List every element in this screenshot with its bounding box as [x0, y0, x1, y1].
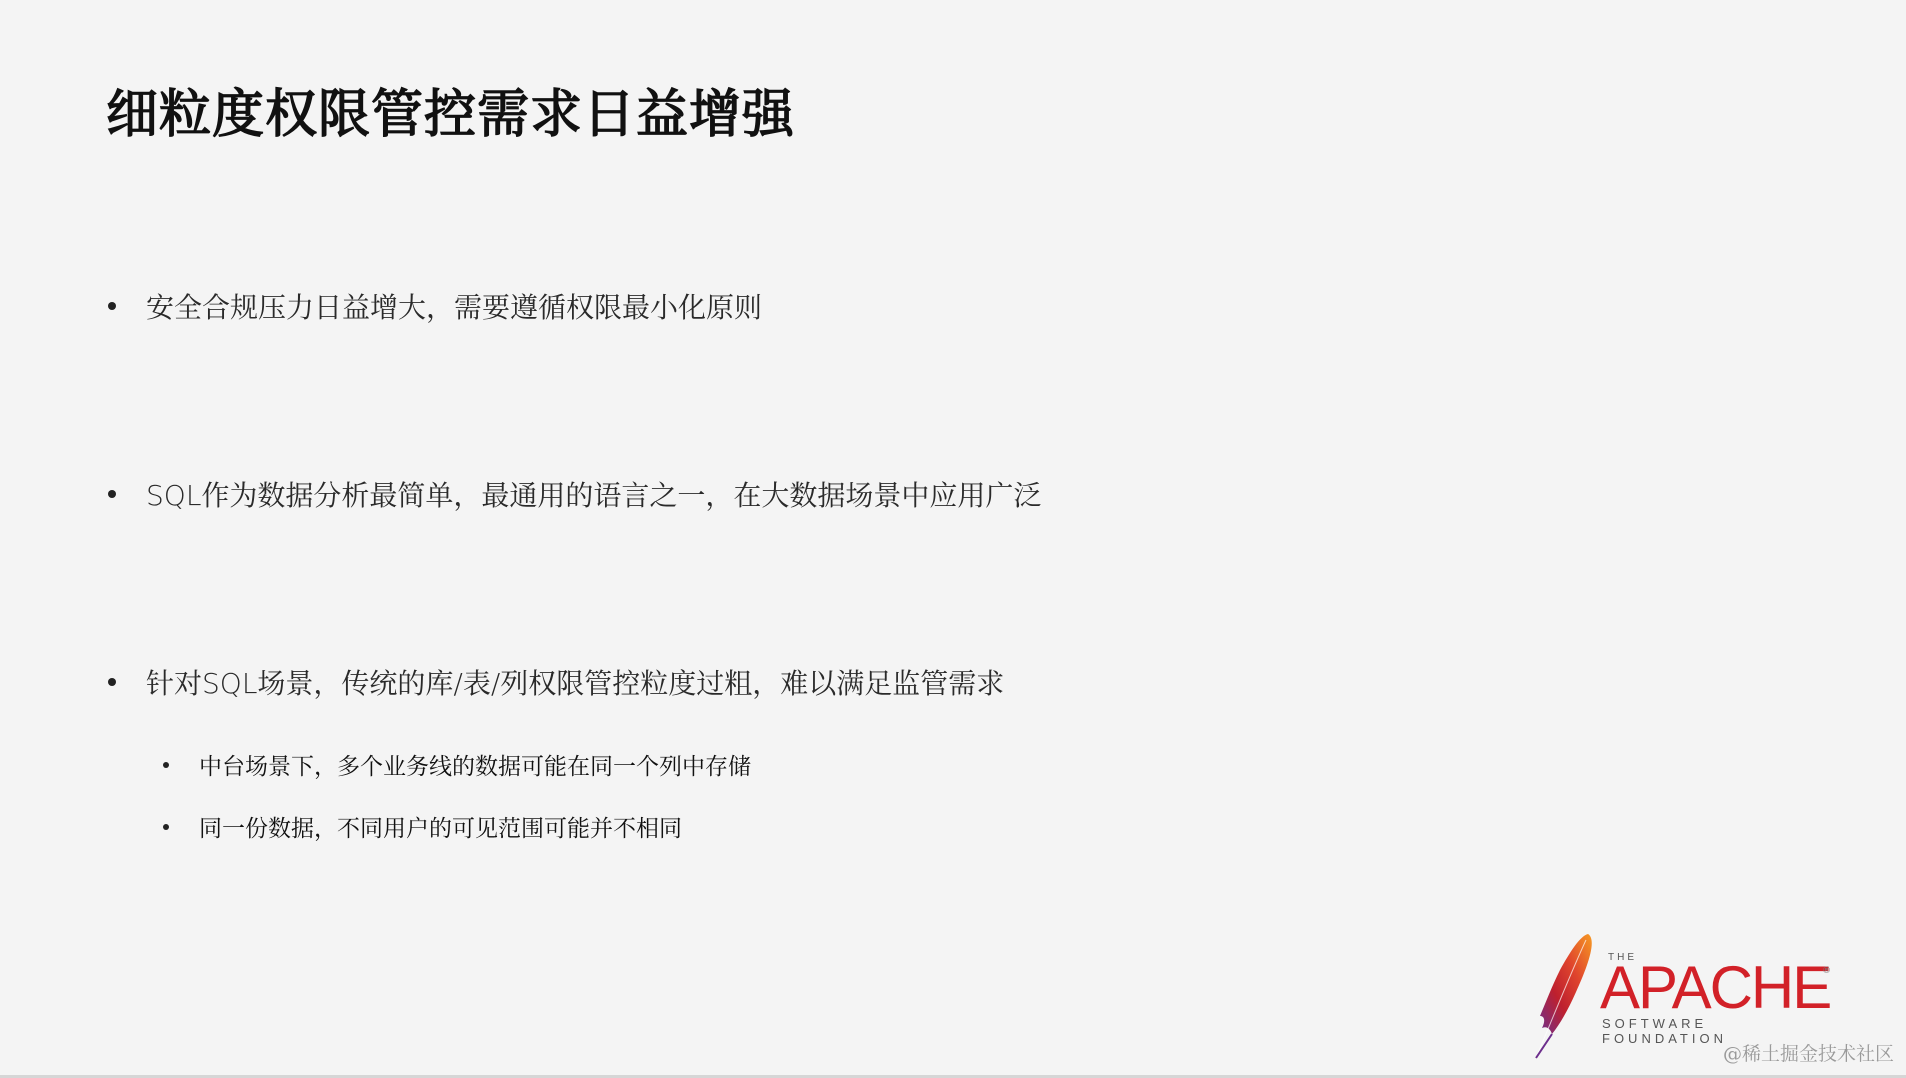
logo-name: APACHE — [1600, 958, 1830, 1018]
bullet-text: 针对SQL场景，传统的库/表/列权限管控粒度过粗，难以满足监管需求 — [146, 662, 1004, 702]
sub-bullet-text: 中台场景下，多个业务线的数据可能在同一个列中存储 — [199, 748, 751, 781]
bullet-dot-icon — [108, 302, 116, 310]
sub-bullet-item: 中台场景下，多个业务线的数据可能在同一个列中存储 — [163, 748, 751, 781]
bullet-text: SQL作为数据分析最简单，最通用的语言之一，在大数据场景中应用广泛 — [146, 474, 1041, 514]
slide-title: 细粒度权限管控需求日益增强 — [106, 72, 795, 147]
bullet-item: SQL作为数据分析最简单，最通用的语言之一，在大数据场景中应用广泛 — [108, 474, 1041, 514]
registered-mark: ® — [1822, 966, 1831, 976]
bullet-dot-icon — [108, 490, 116, 498]
sub-bullet-text: 同一份数据，不同用户的可见范围可能并不相同 — [199, 810, 682, 843]
feather-icon — [1532, 930, 1602, 1060]
bullet-item: 安全合规压力日益增大，需要遵循权限最小化原则 — [108, 286, 762, 326]
bullet-dot-icon — [163, 824, 169, 830]
bullet-item: 针对SQL场景，传统的库/表/列权限管控粒度过粗，难以满足监管需求 — [108, 662, 1004, 702]
watermark: @稀土掘金技术社区 — [1723, 1039, 1894, 1066]
sub-bullet-item: 同一份数据，不同用户的可见范围可能并不相同 — [163, 810, 682, 843]
bullet-text: 安全合规压力日益增大，需要遵循权限最小化原则 — [146, 286, 762, 326]
bullet-dot-icon — [108, 678, 116, 686]
bullet-dot-icon — [163, 762, 169, 768]
